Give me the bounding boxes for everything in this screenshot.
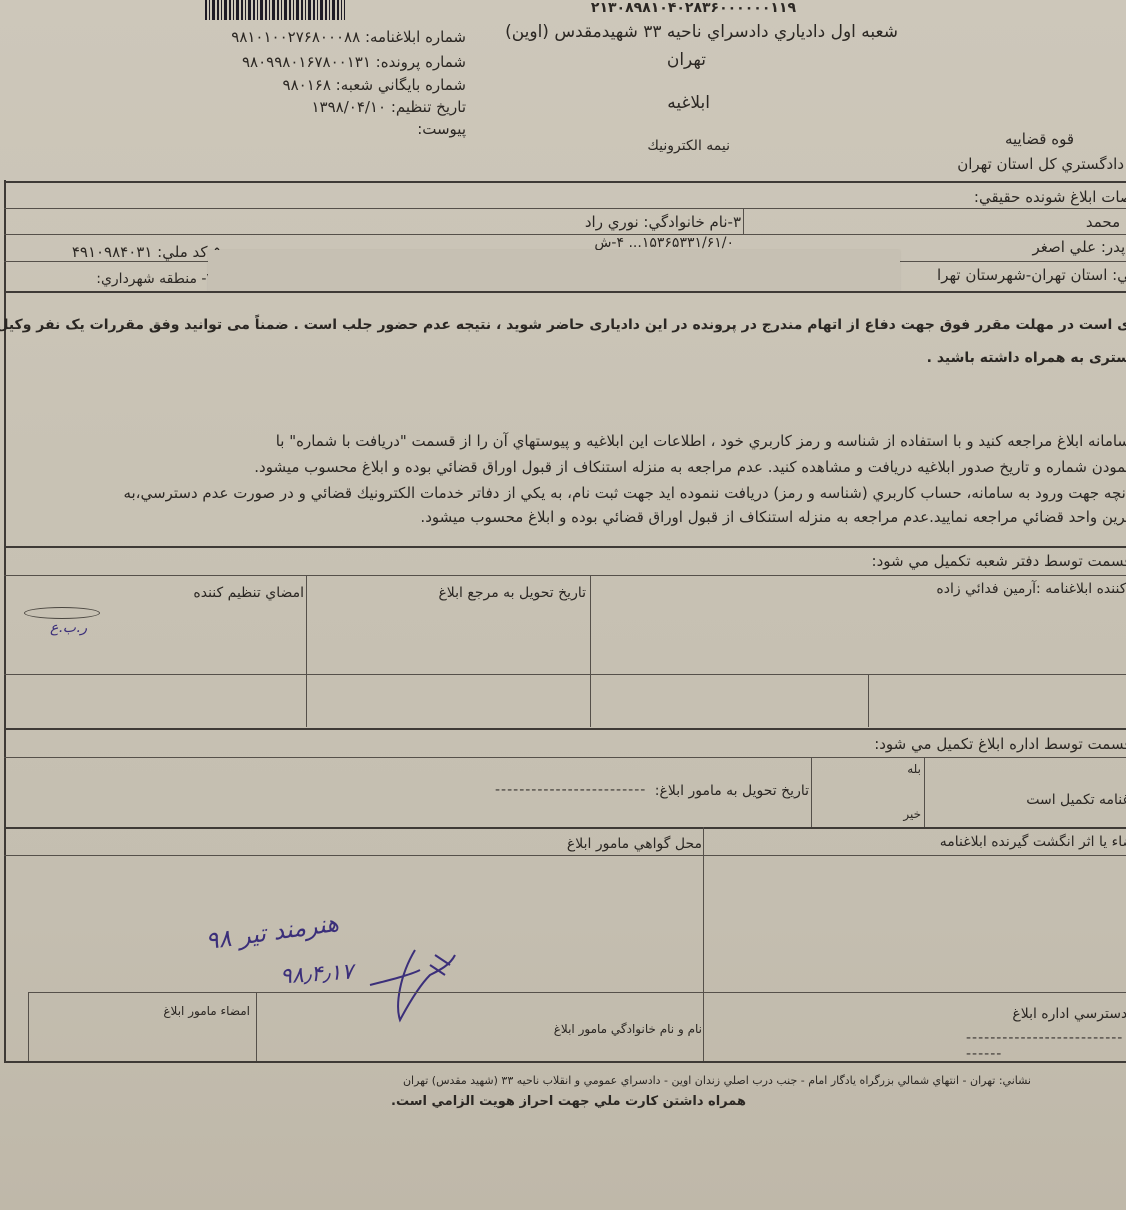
handwritten-note-line-1: هنرمند تير ۹۸ bbox=[204, 909, 341, 955]
divider bbox=[4, 674, 1126, 675]
divider bbox=[811, 757, 812, 827]
divider bbox=[4, 728, 1126, 730]
judiciary-label: قوه قضاييه bbox=[1005, 130, 1074, 148]
body-paragraph-2-line-2: نمودن شماره و تاريخ صدور ابلاغيه دريافت … bbox=[254, 458, 1126, 476]
branch-title: شعبه اول دادياري دادسراي ناحيه ۳۳ شهيدمق… bbox=[505, 22, 898, 42]
officer-delivery-date-blank: ------------------------- bbox=[495, 782, 646, 798]
divider bbox=[924, 757, 925, 827]
notice-issuer: تنظيم كننده ابلاغنامه :آرمين فدائي زاده bbox=[936, 581, 1126, 597]
officer-signature-label: امضاء مامور ابلاغ bbox=[163, 1004, 250, 1018]
branch-section-title: اين قسمت توسط دفتر شعبه تكميل مي شود: bbox=[872, 552, 1126, 570]
last-name: ۳-نام خانوادگي: نوري راد bbox=[585, 213, 741, 231]
court-label: دادگستري كل استان تهران bbox=[957, 155, 1124, 173]
divider bbox=[28, 992, 29, 1062]
notice-number: شماره ابلاغنامه: ۹۸۱۰۱۰۰۲۷۶۸۰۰۰۸۸ bbox=[231, 28, 466, 46]
id-number: ۱۵۳۶۵۳۳۱/۶۱/۰... ۴-ش bbox=[594, 235, 734, 251]
delivery-date-label: تاريخ تحويل به مرجع ابلاغ bbox=[438, 585, 586, 601]
document-title: ابلاغيه bbox=[667, 93, 710, 113]
body-paragraph-1-line-2: ستری به همراه داشته باشید . bbox=[927, 350, 1126, 366]
footer-notice: همراه داشتن كارت ملي جهت احراز هويت الزا… bbox=[391, 1094, 746, 1109]
divider bbox=[4, 827, 1126, 829]
divider bbox=[4, 181, 1126, 183]
issuer-signature-label: امضاي تنظيم كننده bbox=[193, 585, 304, 601]
municipal-zone: ۷- منطقه شهرداري: bbox=[96, 271, 214, 287]
office-section-title: اين قسمت توسط اداره ابلاغ تكميل مي شود: bbox=[874, 735, 1126, 753]
option-no[interactable]: خير bbox=[903, 807, 921, 821]
divider bbox=[868, 674, 869, 727]
divider bbox=[306, 575, 307, 727]
option-yes[interactable]: بله bbox=[907, 762, 921, 776]
divider bbox=[4, 546, 1126, 548]
handwritten-initials: ر.ب.ع bbox=[50, 620, 87, 636]
attachment-label: پيوست: bbox=[417, 120, 466, 138]
officer-delivery-date-label: تاريخ تحويل به مامور ابلاغ: bbox=[655, 783, 809, 799]
recipient-signature-label: امضاء يا اثر انگشت گيرنده ابلاغنامه bbox=[940, 834, 1126, 850]
father-name: نام پدر: علي اصغر bbox=[1032, 238, 1126, 256]
body-paragraph-2-line-1: سامانه ابلاغ مراجعه كنيد و با استفاده از… bbox=[276, 432, 1126, 450]
barcode bbox=[205, 0, 345, 20]
national-code: ۵-كد ملي: ۴۹۱۰۹۸۴۰۳۱ bbox=[72, 243, 221, 261]
divider bbox=[703, 827, 704, 1062]
body-paragraph-2-line-4: ترين واحد قضائي مراجعه نماييد.عدم مراجعه… bbox=[420, 508, 1126, 526]
redacted-area bbox=[208, 250, 900, 292]
officer-signature bbox=[360, 945, 470, 1025]
recipient-section-title: مشخصات ابلاغ شونده حقيقي: bbox=[764, 188, 1126, 206]
divider bbox=[4, 855, 1126, 856]
document-subtitle: نيمه الكترونيك bbox=[647, 138, 730, 154]
divider bbox=[4, 234, 1126, 235]
city-label: تهران bbox=[667, 50, 706, 70]
divider bbox=[256, 992, 257, 1062]
address: نشاني: استان تهران-شهرستان تهرا bbox=[937, 266, 1126, 284]
issue-date: تاريخ تنظيم: ۱۳۹۸/۰۴/۱۰ bbox=[311, 98, 466, 116]
no-access-label: عدم دسترسي اداره ابلاغ bbox=[1012, 1006, 1126, 1022]
archive-number: شماره بايگاني شعبه: ۹۸۰۱۶۸ bbox=[283, 76, 466, 94]
divider bbox=[743, 208, 744, 234]
divider bbox=[4, 291, 1126, 293]
divider bbox=[4, 757, 1126, 758]
divider bbox=[590, 575, 591, 727]
divider bbox=[4, 208, 1126, 209]
no-access-blank: -------------------------------- bbox=[966, 1030, 1126, 1062]
first-name: نام: محمد bbox=[1086, 213, 1126, 231]
footer-address: نشاني: تهران - انتهاي شمالي بزرگراه يادگ… bbox=[403, 1074, 1031, 1087]
barcode-number: ۲۱۳۰۸۹۸۱۰۴۰۲۸۳۶۰۰۰۰۰۰۱۱۹ bbox=[591, 0, 796, 16]
notice-complete-label: ابلاغنامه تكميل است bbox=[1026, 792, 1126, 808]
officer-name-label: نام و نام خانوادگي مامور ابلاغ bbox=[554, 1022, 702, 1036]
divider bbox=[4, 575, 1126, 576]
case-number: شماره پرونده: ۹۸۰۹۹۸۰۱۶۷۸۰۰۱۳۱ bbox=[242, 53, 466, 71]
frame-left-border bbox=[4, 180, 6, 1062]
divider bbox=[4, 1061, 1126, 1063]
officer-certification-label: محل گواهي مامور ابلاغ bbox=[567, 836, 702, 852]
stamp-oval bbox=[24, 607, 100, 619]
body-paragraph-1-line-1: ی است در مهلت مقرر فوق جهت دفاع از اتهام… bbox=[0, 317, 1126, 333]
handwritten-date: ۹۸٫۴٫۱۷ bbox=[279, 959, 354, 989]
divider bbox=[28, 992, 1126, 993]
body-paragraph-2-line-3: انچه جهت ورود به سامانه، حساب كاربري (شن… bbox=[123, 484, 1126, 502]
